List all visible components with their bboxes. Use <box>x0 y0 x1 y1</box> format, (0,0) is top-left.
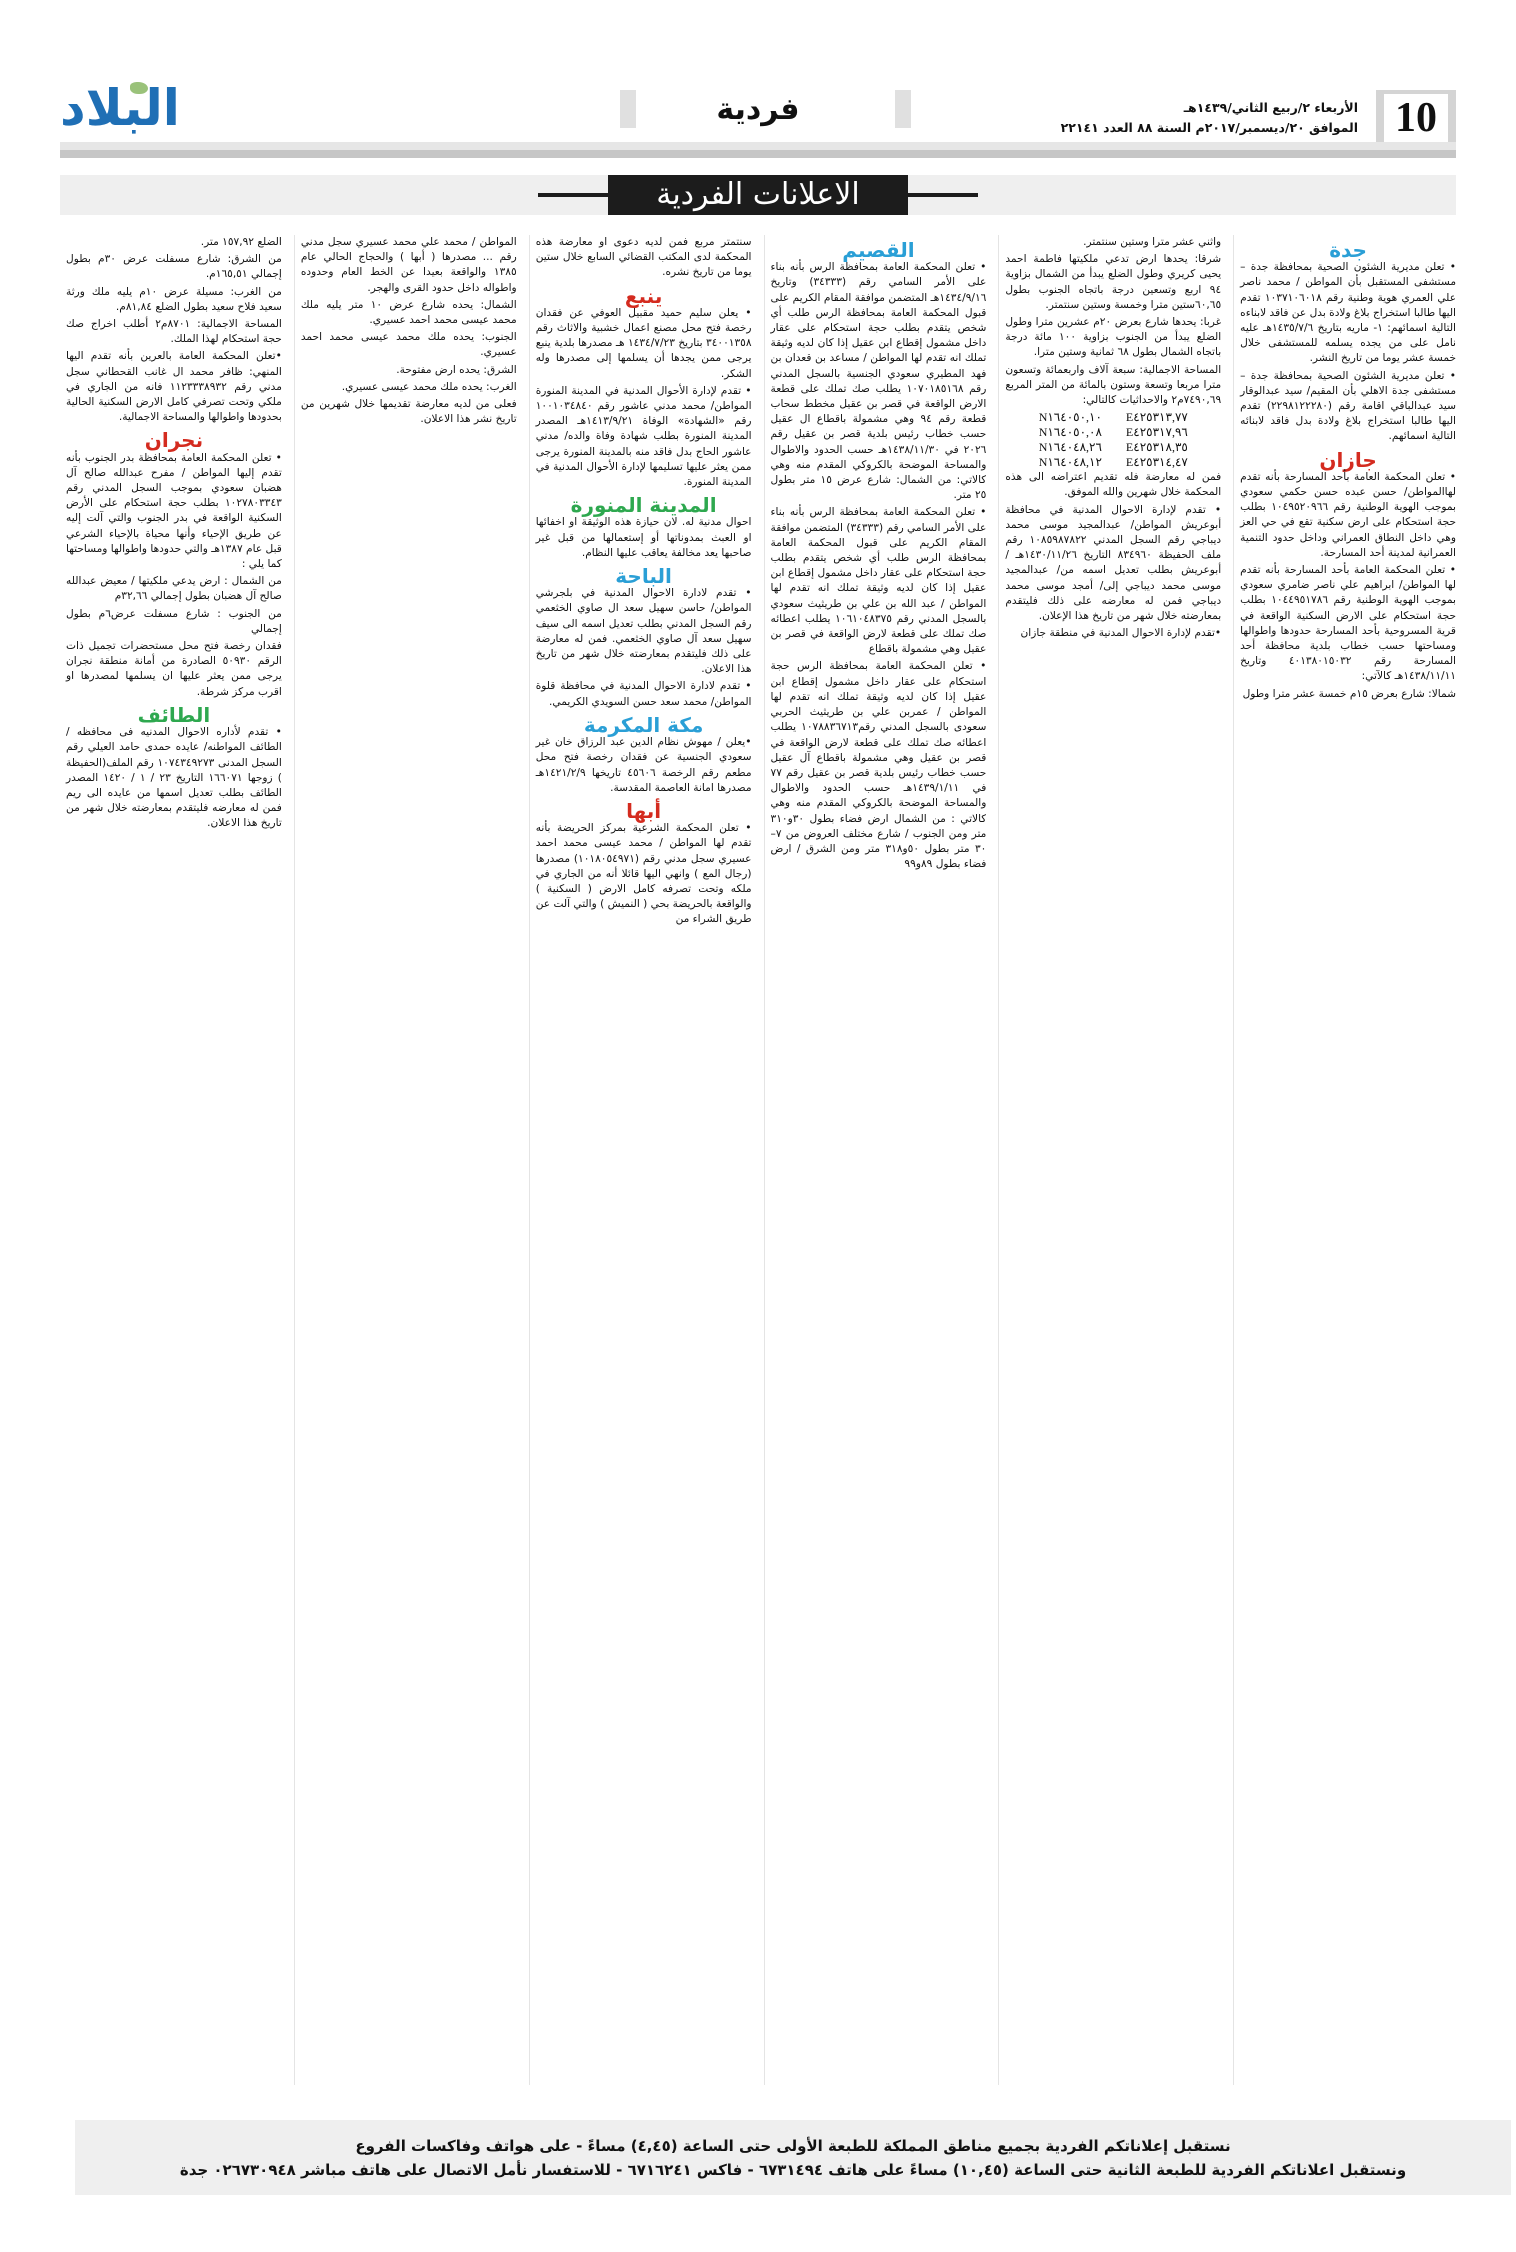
footer-line-2: ونستقبل اعلاناتكم الفردية للطبعة الثانية… <box>75 2158 1511 2182</box>
ad-paragraph: الغرب: يحده ملك محمد عيسى عسيري. <box>301 380 517 395</box>
column-6: الضلع ١٥٧,٩٢ متر.من الشرق: شارع مسفلت عر… <box>60 235 282 2085</box>
coordinate-e: E٤٢٥٣١٣,٧٧ <box>1126 410 1188 424</box>
region-heading: جدة <box>1240 243 1456 258</box>
column-1: جدة• تعلن مديرية الشئون الصحية بمحافظة ج… <box>1233 235 1456 2085</box>
footer-line-1: نستقبل إعلاناتكم الفردية بجميع مناطق الم… <box>75 2134 1511 2158</box>
ad-paragraph: شرقا: يحدها ارض تدعي ملكيتها فاطمة احمد … <box>1005 252 1221 313</box>
ad-paragraph: غربا: يحدها شارع بعرض ٢٠م عشرين مترا وطو… <box>1005 315 1221 361</box>
ad-paragraph: • تعلن المحكمة العامة بمحافظة بدر الجنوب… <box>66 451 282 573</box>
section-divider <box>620 90 636 128</box>
page-number: 10 <box>1384 94 1448 142</box>
newspaper-logo: البلاد <box>60 78 180 138</box>
region-heading: الباحة <box>536 569 752 584</box>
ad-paragraph: • تعلن المحكمة العامة بأحد المسارحة بأنه… <box>1240 470 1456 561</box>
ad-paragraph: • تعلن مديرية الشئون الصحية بمحافظة جدة … <box>1240 369 1456 445</box>
ad-columns: جدة• تعلن مديرية الشئون الصحية بمحافظة ج… <box>60 235 1456 2085</box>
footer-notice: نستقبل إعلاناتكم الفردية بجميع مناطق الم… <box>75 2120 1511 2195</box>
coordinate-row: N١٦٤٠٥٠,٠٨ E٤٢٥٣١٧,٩٦ <box>1005 425 1221 440</box>
ad-paragraph: احوال مدنية له. لان حيازة هذه الوثيقة او… <box>536 515 752 561</box>
page-number-box: 10 <box>1376 90 1456 146</box>
region-heading: مكة المكرمة <box>536 718 752 733</box>
coordinate-row: N١٦٤٠٥٠,١٠ E٤٢٥٣١٣,٧٧ <box>1005 410 1221 425</box>
date-gregorian: الموافق ٢٠/ديسمبر/٢٠١٧م السنة ٨٨ العدد ٢… <box>1061 118 1358 138</box>
column-4: سنتمتر مربع فمن لديه دعوى او معارضة هذه … <box>529 235 752 2085</box>
section-divider <box>895 90 911 128</box>
coordinate-row: N١٦٤٠٤٨,٢٦ E٤٢٥٣١٨,٣٥ <box>1005 440 1221 455</box>
header-rule <box>60 142 1456 158</box>
ad-paragraph: • تعلن المحكمة العامة بمحافظة الرس حجة ا… <box>771 659 987 872</box>
ad-paragraph: فمن له معارضة فله تقديم اعتراضه الى هذه … <box>1005 470 1221 500</box>
region-heading: ينبع <box>536 289 752 304</box>
coordinate-n: N١٦٤٠٤٨,٢٦ <box>1039 440 1102 454</box>
ad-paragraph: المواطن / محمد علي محمد عسيري سجل مدني ر… <box>301 235 517 296</box>
ad-paragraph: شمالا: شارع بعرض ١٥م خمسة عشر مترا وطول <box>1240 687 1456 702</box>
coordinate-e: E٤٢٥٣١٧,٩٦ <box>1126 425 1188 439</box>
ad-paragraph: الجنوب: يحده ملك محمد عيسى محمد احمد عسي… <box>301 330 517 360</box>
ad-paragraph: واثني عشر مترا وستين سنتمتر. <box>1005 235 1221 250</box>
ad-paragraph: المساحة الاجمالية: ٨٧٠١م٢ أطلب اخراج صك … <box>66 317 282 347</box>
ad-paragraph: •تعلن المحكمة العامة بالعرين بأنه تقدم ا… <box>66 349 282 425</box>
coordinate-n: N١٦٤٠٥٠,٠٨ <box>1039 425 1102 439</box>
ad-paragraph: • تعلن المحكمة العامة بمحافظة الرس بأنه … <box>771 505 987 657</box>
ad-paragraph: • يعلن سليم حميد مقبيل العوفي عن فقدان ر… <box>536 306 752 382</box>
ad-paragraph: • تقدم لادارة الاحوال المدنية في محافظة … <box>536 679 752 709</box>
coordinate-e: E٤٢٥٣١٤,٤٧ <box>1126 455 1188 469</box>
ad-paragraph: • تقدم لإدارة الأحوال المدنية في المدينة… <box>536 384 752 490</box>
ad-paragraph: من الغرب: مسيلة عرض ١٠م يليه ملك ورثة سع… <box>66 285 282 315</box>
ad-paragraph: • تعلن المحكمة العامة بمحافظة الرس بأنه … <box>771 260 987 503</box>
ad-paragraph: • تعلن مديرية الشئون الصحية بمحافظة جدة … <box>1240 260 1456 366</box>
ad-paragraph: فعلى من لديه معارضة تقديمها خلال شهرين م… <box>301 397 517 427</box>
classifieds-banner: الاعلانات الفردية <box>608 175 908 215</box>
ad-paragraph: الشرق: يحده ارض مفتوحة. <box>301 363 517 378</box>
ad-paragraph: • تعلن المحكمة العامة بأحد المسارحة بأنه… <box>1240 563 1456 685</box>
ad-paragraph: • تقدم لإدارة الاحوال المدنية في محافظة … <box>1005 503 1221 625</box>
ad-paragraph: من الشمال : ارض يدعي ملكيتها / معيض عبدا… <box>66 574 282 604</box>
column-5: المواطن / محمد علي محمد عسيري سجل مدني ر… <box>294 235 517 2085</box>
section-title: فردية <box>716 92 799 127</box>
region-heading: المدينة المنورة <box>536 498 752 513</box>
saudi-map-icon <box>130 82 148 94</box>
coordinate-row: N١٦٤٠٤٨,١٢ E٤٢٥٣١٤,٤٧ <box>1005 455 1221 470</box>
coordinate-e: E٤٢٥٣١٨,٣٥ <box>1126 440 1188 454</box>
column-2: واثني عشر مترا وستين سنتمتر.شرقا: يحدها … <box>998 235 1221 2085</box>
ad-paragraph: الضلع ١٥٧,٩٢ متر. <box>66 235 282 250</box>
ad-paragraph: • تقدم لأداره الاحوال المدنيه فى محافظه … <box>66 725 282 831</box>
ad-paragraph: من الشرق: شارع مسفلت عرض ٣٠م بطول إجمالي… <box>66 252 282 282</box>
ad-paragraph: من الجنوب : شارع مسفلت عرض٦م بطول إجمالي <box>66 607 282 637</box>
region-heading: جازان <box>1240 453 1456 468</box>
ad-paragraph: •يعلن / مهوش نظام الدين عبد الرزاق خان غ… <box>536 735 752 796</box>
ad-paragraph: الشمال: يحده شارع عرض ١٠ متر يليه ملك مح… <box>301 298 517 328</box>
ad-paragraph: المساحة الاجمالية: سبعة آلاف واربعمائة و… <box>1005 363 1221 409</box>
ad-paragraph: • تعلن المحكمة الشرعية بمركز الحريضة بأن… <box>536 821 752 927</box>
coordinate-n: N١٦٤٠٥٠,١٠ <box>1039 410 1102 424</box>
column-3: القصيم• تعلن المحكمة العامة بمحافظة الرس… <box>764 235 987 2085</box>
date-hijri: الأربعاء ٢/ربيع الثاني/١٤٣٩هـ <box>1061 98 1358 118</box>
region-heading: القصيم <box>771 243 987 258</box>
ad-paragraph: فقدان رخصة فتح محل مستحضرات تجميل ذات ال… <box>66 639 282 700</box>
issue-date: الأربعاء ٢/ربيع الثاني/١٤٣٩هـ الموافق ٢٠… <box>1061 98 1358 138</box>
region-heading: أبها <box>536 804 752 819</box>
ad-paragraph: •تقدم لإدارة الاحوال المدنية في منطقة جا… <box>1005 626 1221 641</box>
region-heading: الطائف <box>66 708 282 723</box>
ad-paragraph: • تقدم لادارة الاحوال المدنية في بلجرشي … <box>536 586 752 677</box>
ad-paragraph: سنتمتر مربع فمن لديه دعوى او معارضة هذه … <box>536 235 752 281</box>
region-heading: نجران <box>66 433 282 448</box>
coordinate-n: N١٦٤٠٤٨,١٢ <box>1039 455 1102 469</box>
